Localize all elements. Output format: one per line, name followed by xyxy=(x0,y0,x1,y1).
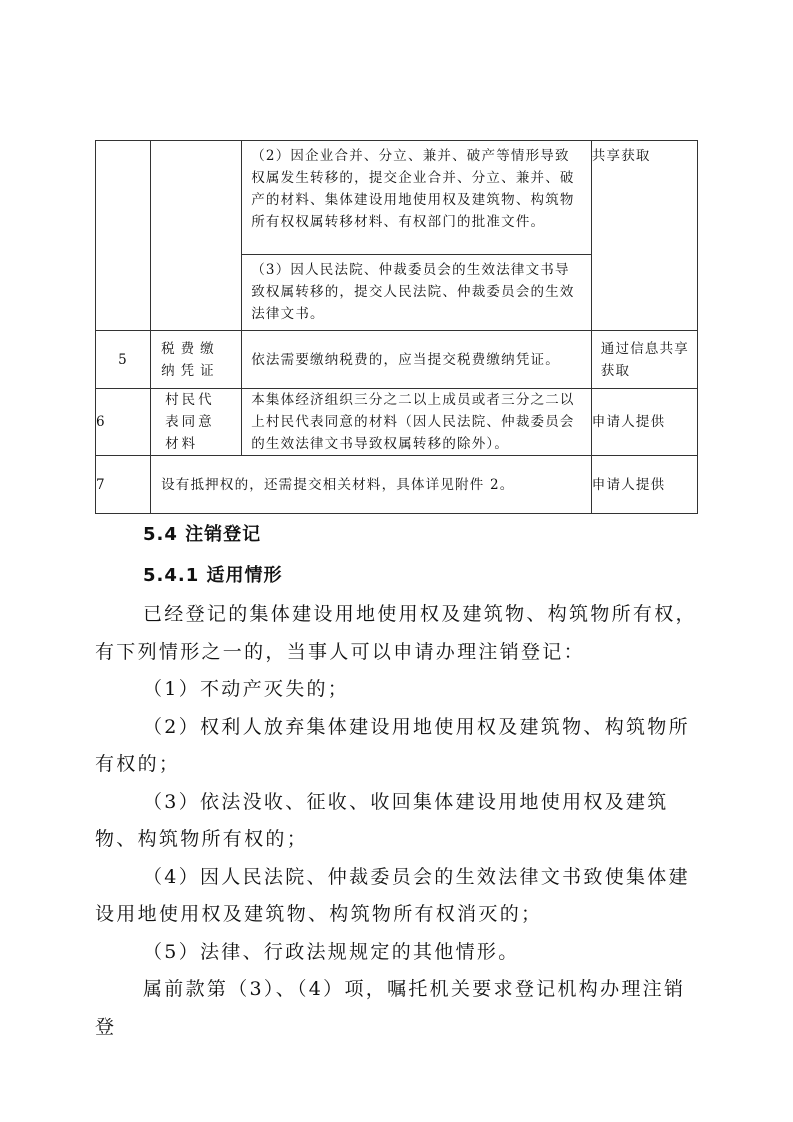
row-number-cell: 5 xyxy=(96,331,151,389)
table-row: 5 税费缴纳凭证 依法需要缴纳税费的，应当提交税费缴纳凭证。 通过信息共享获取 xyxy=(96,331,698,389)
row-source-cell: 通过信息共享获取 xyxy=(591,331,697,389)
closing-paragraph: 属前款第（3）、（4）项，嘱托机关要求登记机构办理注销登 xyxy=(95,971,698,1046)
table-row: 6 村民代表同意材料 本集体经济组织三分之二以上成员或者三分之二以上村民代表同意… xyxy=(96,389,698,456)
row-name-text: 村民代表同意材料 xyxy=(151,389,241,455)
row-source-cell: 申请人提供 xyxy=(591,389,697,456)
row-content-cell: （2）因企业合并、分立、兼并、破产等情形导致权属发生转移的，提交企业合并、分立、… xyxy=(242,141,592,255)
row-source-text: 通过信息共享获取 xyxy=(601,338,697,382)
list-item: （4）因人民法院、仲裁委员会的生效法律文书致使集体建设用地使用权及建筑物、构筑物… xyxy=(95,859,698,934)
document-body: 5.4 注销登记 5.4.1 适用情形 已经登记的集体建设用地使用权及建筑物、构… xyxy=(95,514,698,1046)
list-item: （2）权利人放弃集体建设用地使用权及建筑物、构筑物所有权的； xyxy=(95,709,698,784)
row-number-cell xyxy=(96,141,151,331)
list-item: （5）法律、行政法规规定的其他情形。 xyxy=(95,934,698,972)
row-source-cell: 共享获取 xyxy=(591,141,697,331)
list-item: （3）依法没收、征收、收回集体建设用地使用权及建筑物、构筑物所有权的； xyxy=(95,784,698,859)
row-number-cell: 7 xyxy=(96,456,151,514)
row-content-text: 本集体经济组织三分之二以上成员或者三分之二以上村民代表同意的材料（因人民法院、仲… xyxy=(242,389,591,455)
table-row: （2）因企业合并、分立、兼并、破产等情形导致权属发生转移的，提交企业合并、分立、… xyxy=(96,141,698,255)
row-content-text: 依法需要缴纳税费的，应当提交税费缴纳凭证。 xyxy=(242,347,591,373)
row-number-cell: 6 xyxy=(96,389,151,456)
row-content-cell: 设有抵押权的，还需提交相关材料，具体详见附件 2。 xyxy=(151,456,592,514)
row-name-cell: 村民代表同意材料 xyxy=(151,389,242,456)
materials-table: （2）因企业合并、分立、兼并、破产等情形导致权属发生转移的，提交企业合并、分立、… xyxy=(95,140,698,514)
row-content-cell: （3）因人民法院、仲裁委员会的生效法律文书导致权属转移的，提交人民法院、仲裁委员… xyxy=(242,255,592,331)
row-name-text: 税费缴纳凭证 xyxy=(161,338,241,382)
row-name-cell xyxy=(151,141,242,331)
row-content-text: 设有抵押权的，还需提交相关材料，具体详见附件 2。 xyxy=(151,472,591,498)
subsection-heading: 5.4.1 适用情形 xyxy=(95,555,698,596)
table-row: 7 设有抵押权的，还需提交相关材料，具体详见附件 2。 申请人提供 xyxy=(96,456,698,514)
list-item: （1）不动产灭失的； xyxy=(95,671,698,709)
row-source-cell: 申请人提供 xyxy=(591,456,697,514)
row-content-cell: 依法需要缴纳税费的，应当提交税费缴纳凭证。 xyxy=(242,331,592,389)
intro-paragraph: 已经登记的集体建设用地使用权及建筑物、构筑物所有权，有下列情形之一的，当事人可以… xyxy=(95,596,698,671)
content-item-3: （3）因人民法院、仲裁委员会的生效法律文书导致权属转移的，提交人民法院、仲裁委员… xyxy=(242,255,591,327)
row-content-cell: 本集体经济组织三分之二以上成员或者三分之二以上村民代表同意的材料（因人民法院、仲… xyxy=(242,389,592,456)
content-item-2: （2）因企业合并、分立、兼并、破产等情形导致权属发生转移的，提交企业合并、分立、… xyxy=(242,141,591,235)
row-name-cell: 税费缴纳凭证 xyxy=(151,331,242,389)
section-heading: 5.4 注销登记 xyxy=(95,514,698,555)
